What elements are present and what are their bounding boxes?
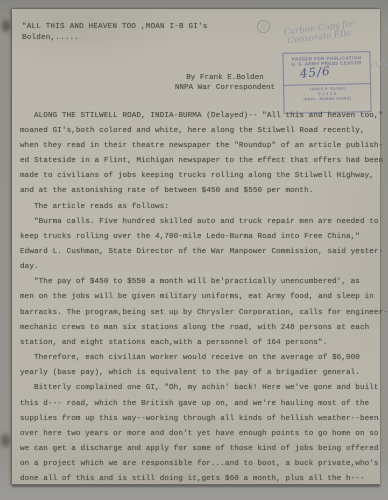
- binding-smudge-bottom: [1, 434, 10, 447]
- binding-smudge-top: [2, 20, 10, 32]
- document-paper: "ALL THIS AND HEAVEN TOO ,MOAN I-B GI's …: [12, 9, 380, 485]
- censor-initials-signature: [367, 53, 388, 76]
- handwritten-carbon-note: Carbon Copy for Censorate FIle: [283, 15, 388, 45]
- stamp-theater: INDIA - BURMA (INDIA): [284, 96, 370, 103]
- article-body-text: ALONG THE STILWELL ROAD, INDIA-BURMA (De…: [20, 109, 388, 488]
- byline-author: By Frank E.Bolden: [140, 74, 310, 84]
- headline-slug: "ALL THIS AND HEAVEN TOO ,MOAN I-B GI's …: [22, 22, 208, 43]
- byline-block: By Frank E.Bolden NNPA War Correspondent: [140, 74, 310, 94]
- byline-organization: NNPA War Correspondent: [140, 84, 310, 94]
- punch-hole: [257, 20, 270, 33]
- scanned-document-page: { "document": { "slug": "\"ALL THIS AND …: [0, 0, 388, 500]
